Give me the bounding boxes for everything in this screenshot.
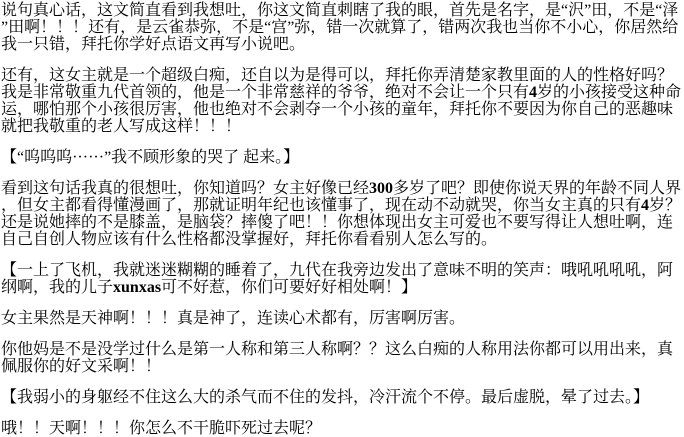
paragraph: 【“呜呜呜······”我不顾形象的哭了 起来。】 [1, 149, 683, 166]
text-segment: 说句真心话，这文简直看到我想吐，你这文简直刺瞎了我的眼，首先是名字，是“沢”田，… [1, 2, 678, 53]
paragraph: 【我弱小的身躯经不住这么大的杀气而不住的发抖，冷汗流个不停。最后虚脱，晕了过去。… [1, 389, 683, 406]
paragraph: 女主果然是天神啊！！！真是神了，连读心术都有，厉害啊厉害。 [1, 310, 683, 327]
paragraph: 看到这句话我真的很想吐，你知道吗？女主好像已经300多岁了吧？即使你说天界的年龄… [1, 180, 683, 248]
text-segment: 可不好惹，你们可要好好相处啊！】 [161, 279, 417, 296]
document-body: 说句真心话，这文简直看到我想吐，你这文简直刺瞎了我的眼，首先是名字，是“沢”田，… [0, 0, 684, 437]
text-segment: 哦！！天啊！！！你怎么不干脆吓死过去呢？ [1, 420, 321, 437]
text-segment: 你他妈是不是没学过什么是第一人称和第三人称啊？？这么白痴的人称用法你都可以用出来… [1, 341, 673, 375]
bold-text-segment: 300 [369, 180, 393, 197]
paragraph: 【一上了飞机，我就迷迷糊糊的睡着了，九代在我旁边发出了意味不明的笑声：哦吼吼吼吼… [1, 262, 683, 296]
paragraph: 还有，这女主就是一个超级白痴，还自以为是得可以，拜托你弄清楚家教里面的人的性格好… [1, 67, 683, 135]
bold-text-segment: 4 [529, 84, 537, 101]
text-segment: 【“呜呜呜······”我不顾形象的哭了 起来。】 [1, 149, 299, 166]
paragraph: 说句真心话，这文简直看到我想吐，你这文简直刺瞎了我的眼，首先是名字，是“沢”田，… [1, 2, 683, 53]
text-segment: 看到这句话我真的很想吐，你知道吗？女主好像已经 [1, 180, 369, 197]
text-segment: 【我弱小的身躯经不住这么大的杀气而不住的发抖，冷汗流个不停。最后虚脱，晕了过去。… [1, 389, 649, 406]
bold-text-segment: xunxas [113, 279, 161, 296]
paragraph: 哦！！天啊！！！你怎么不干脆吓死过去呢？ [1, 420, 683, 437]
bold-text-segment: 4 [641, 197, 649, 214]
text-segment: 女主果然是天神啊！！！真是神了，连读心术都有，厉害啊厉害。 [1, 310, 465, 327]
paragraph: 你他妈是不是没学过什么是第一人称和第三人称啊？？这么白痴的人称用法你都可以用出来… [1, 341, 683, 375]
